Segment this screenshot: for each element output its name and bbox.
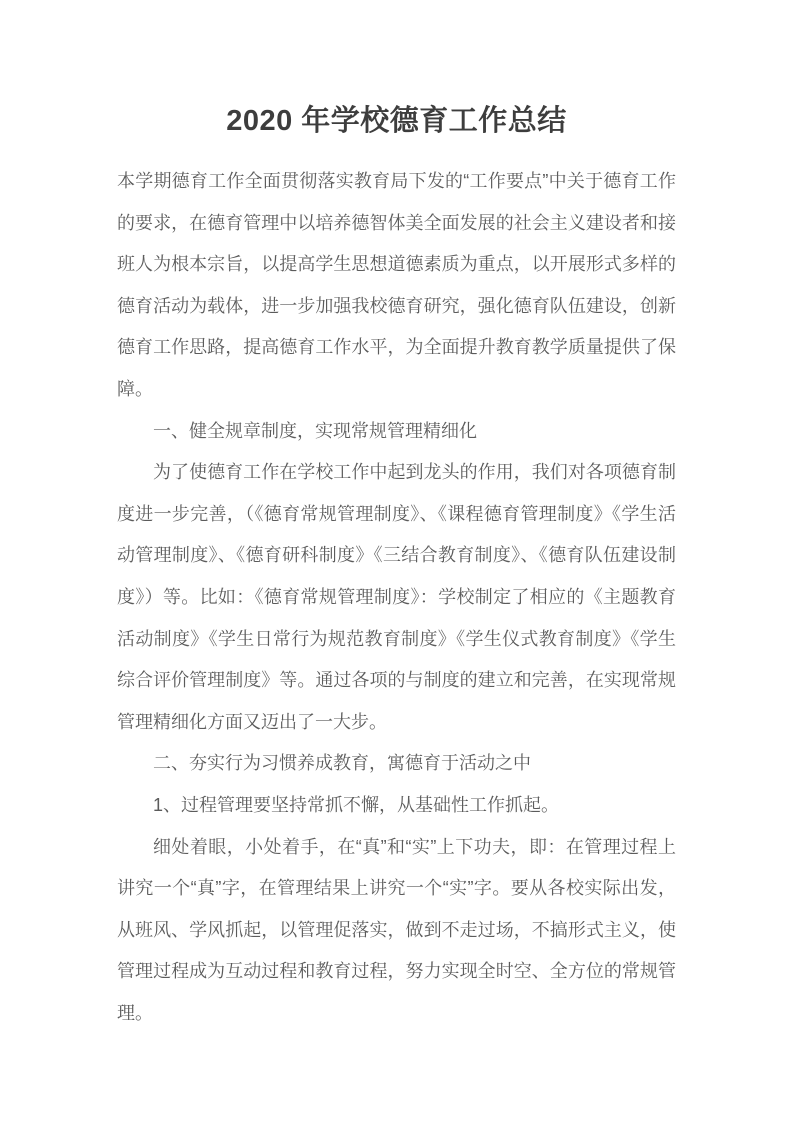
document-page: 2020 年学校德育工作总结 本学期德育工作全面贯彻落实教育局下发的“工作要点”… (0, 0, 793, 1122)
section-1-paragraph: 为了使德育工作在学校工作中起到龙头的作用，我们对各项德育制度进一步完善，（《德育… (117, 452, 676, 743)
section-heading-2: 二、夯实行为习惯养成教育，寓德育于活动之中 (117, 743, 676, 785)
section-2-paragraph: 细处着眼，小处着手，在“真”和“实”上下功夫，即：在管理过程上讲究一个“真”字，… (117, 827, 676, 1035)
section-heading-1: 一、健全规章制度，实现常规管理精细化 (117, 411, 676, 453)
section-2-numbered-item: 1、过程管理要坚持常抓不懈，从基础性工作抓起。 (117, 785, 676, 827)
intro-paragraph: 本学期德育工作全面贯彻落实教育局下发的“工作要点”中关于德育工作的要求，在德育管… (117, 161, 676, 411)
document-title: 2020 年学校德育工作总结 (117, 99, 676, 144)
